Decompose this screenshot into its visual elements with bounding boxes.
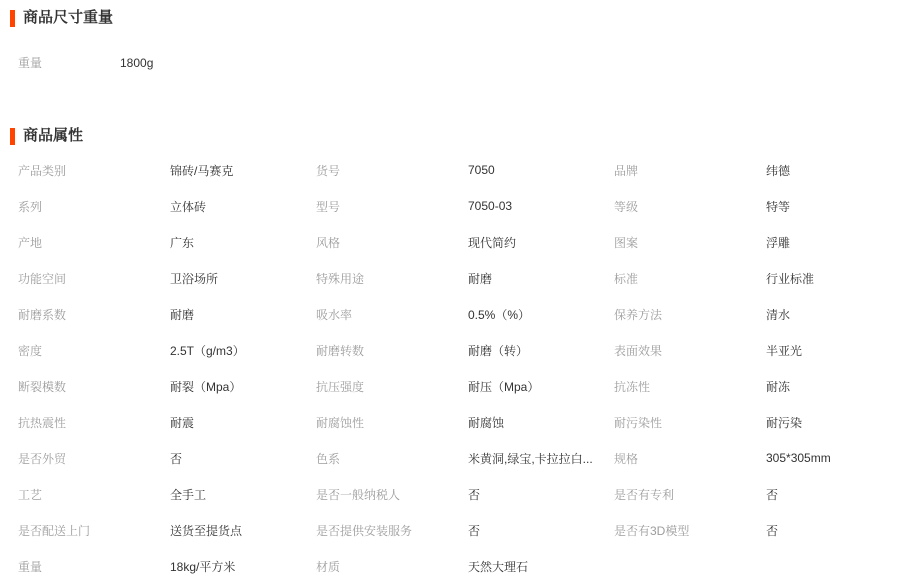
- attribute-label: 抗冻性: [614, 378, 766, 395]
- attribute-label: 是否有专利: [614, 486, 766, 503]
- attribute-label: 系列: [18, 198, 170, 215]
- attribute-value: 现代简约: [468, 234, 614, 251]
- attribute-label: 保养方法: [614, 306, 766, 323]
- section-accent-bar: [10, 10, 15, 27]
- attribute-row: 耐磨系数耐磨吸水率0.5%（%）保养方法清水: [0, 296, 906, 332]
- attribute-row: 产地广东风格现代简约图案浮雕: [0, 224, 906, 260]
- attribute-label: 耐磨转数: [316, 342, 468, 359]
- attribute-grid: 产品类别锦砖/马赛克货号7050品牌纬德系列立体砖型号7050-03等级特等产地…: [0, 152, 906, 584]
- attribute-value: 耐磨: [468, 270, 614, 287]
- attribute-label: 特殊用途: [316, 270, 468, 287]
- attribute-value: 行业标准: [766, 270, 906, 287]
- attribute-value: 广东: [170, 234, 316, 251]
- attribute-row: 重量18kg/平方米材质天然大理石: [0, 548, 906, 584]
- attribute-value: 否: [766, 522, 906, 539]
- attribute-value: 卫浴场所: [170, 270, 316, 287]
- attribute-value: 否: [468, 522, 614, 539]
- attribute-label: 等级: [614, 198, 766, 215]
- attribute-value: 锦砖/马赛克: [170, 162, 316, 179]
- attribute-value: 立体砖: [170, 198, 316, 215]
- attribute-label: 是否有3D模型: [614, 522, 766, 539]
- attribute-label: 品牌: [614, 162, 766, 179]
- attribute-value: 特等: [766, 198, 906, 215]
- attribute-label: 功能空间: [18, 270, 170, 287]
- attribute-label: 重量: [18, 558, 170, 575]
- attribute-value: 耐磨: [170, 306, 316, 323]
- attribute-value: 全手工: [170, 486, 316, 503]
- attribute-label: 型号: [316, 198, 468, 215]
- attribute-value: 7050: [468, 163, 614, 177]
- attribute-label: 是否外贸: [18, 450, 170, 467]
- size-weight-section: 商品尺寸重量 重量 1800g: [0, 0, 906, 70]
- attribute-value: 耐压（Mpa）: [468, 378, 614, 395]
- attribute-label: 色系: [316, 450, 468, 467]
- attribute-value: 耐磨（转）: [468, 342, 614, 359]
- attribute-label: 表面效果: [614, 342, 766, 359]
- attribute-row: 是否外贸否色系米黄洞,绿宝,卡拉拉白...规格305*305mm: [0, 440, 906, 476]
- attribute-label: 是否配送上门: [18, 522, 170, 539]
- attribute-row: 系列立体砖型号7050-03等级特等: [0, 188, 906, 224]
- attribute-label: 断裂模数: [18, 378, 170, 395]
- attribute-row: 功能空间卫浴场所特殊用途耐磨标准行业标准: [0, 260, 906, 296]
- attribute-value: 305*305mm: [766, 451, 906, 465]
- attribute-value: 否: [468, 486, 614, 503]
- attribute-value: 否: [766, 486, 906, 503]
- attribute-value: 耐腐蚀: [468, 414, 614, 431]
- weight-label: 重量: [18, 54, 120, 71]
- attribute-row: 密度2.5T（g/m3）耐磨转数耐磨（转）表面效果半亚光: [0, 332, 906, 368]
- attribute-value: 浮雕: [766, 234, 906, 251]
- attribute-value: 2.5T（g/m3）: [170, 342, 316, 359]
- attribute-value: 纬德: [766, 162, 906, 179]
- attribute-label: 密度: [18, 342, 170, 359]
- attribute-value: 否: [170, 450, 316, 467]
- attribute-row: 产品类别锦砖/马赛克货号7050品牌纬德: [0, 152, 906, 188]
- section-title: 商品属性: [23, 127, 83, 145]
- attribute-row: 工艺全手工是否一般纳税人否是否有专利否: [0, 476, 906, 512]
- attribute-label: 产品类别: [18, 162, 170, 179]
- attribute-label: 耐磨系数: [18, 306, 170, 323]
- attribute-label: 是否提供安装服务: [316, 522, 468, 539]
- attribute-row: 是否配送上门送货至提货点是否提供安装服务否是否有3D模型否: [0, 512, 906, 548]
- attribute-value: 耐裂（Mpa）: [170, 378, 316, 395]
- attribute-value: 半亚光: [766, 342, 906, 359]
- attribute-label: 抗压强度: [316, 378, 468, 395]
- weight-value: 1800g: [120, 56, 153, 70]
- attribute-label: 产地: [18, 234, 170, 251]
- attribute-value: 耐震: [170, 414, 316, 431]
- weight-row: 重量 1800g: [0, 55, 906, 70]
- attribute-value: 天然大理石: [468, 558, 614, 575]
- attribute-value: 清水: [766, 306, 906, 323]
- attribute-label: 耐污染性: [614, 414, 766, 431]
- section-title: 商品尺寸重量: [23, 9, 113, 27]
- attribute-value: 18kg/平方米: [170, 558, 316, 575]
- attribute-label: 货号: [316, 162, 468, 179]
- attribute-label: 是否一般纳税人: [316, 486, 468, 503]
- attribute-value: 耐冻: [766, 378, 906, 395]
- attribute-label: 耐腐蚀性: [316, 414, 468, 431]
- attribute-label: 规格: [614, 450, 766, 467]
- attribute-value: 0.5%（%）: [468, 306, 614, 323]
- product-detail-page: 商品尺寸重量 重量 1800g 商品属性 产品类别锦砖/马赛克货号7050品牌纬…: [0, 0, 906, 587]
- attributes-section: 商品属性 产品类别锦砖/马赛克货号7050品牌纬德系列立体砖型号7050-03等…: [0, 127, 906, 584]
- attribute-label: 吸水率: [316, 306, 468, 323]
- attribute-row: 抗热震性耐震耐腐蚀性耐腐蚀耐污染性耐污染: [0, 404, 906, 440]
- attribute-value: 送货至提货点: [170, 522, 316, 539]
- attribute-value: 7050-03: [468, 199, 614, 213]
- attribute-row: 断裂模数耐裂（Mpa）抗压强度耐压（Mpa）抗冻性耐冻: [0, 368, 906, 404]
- attribute-value: 米黄洞,绿宝,卡拉拉白...: [468, 450, 614, 467]
- attribute-label: 工艺: [18, 486, 170, 503]
- attribute-label: 材质: [316, 558, 468, 575]
- attribute-label: 风格: [316, 234, 468, 251]
- size-weight-section-header: 商品尺寸重量: [0, 0, 906, 27]
- attributes-section-header: 商品属性: [0, 127, 906, 145]
- attribute-value: 耐污染: [766, 414, 906, 431]
- attribute-label: 抗热震性: [18, 414, 170, 431]
- attribute-label: 图案: [614, 234, 766, 251]
- attribute-label: 标准: [614, 270, 766, 287]
- section-accent-bar: [10, 128, 15, 145]
